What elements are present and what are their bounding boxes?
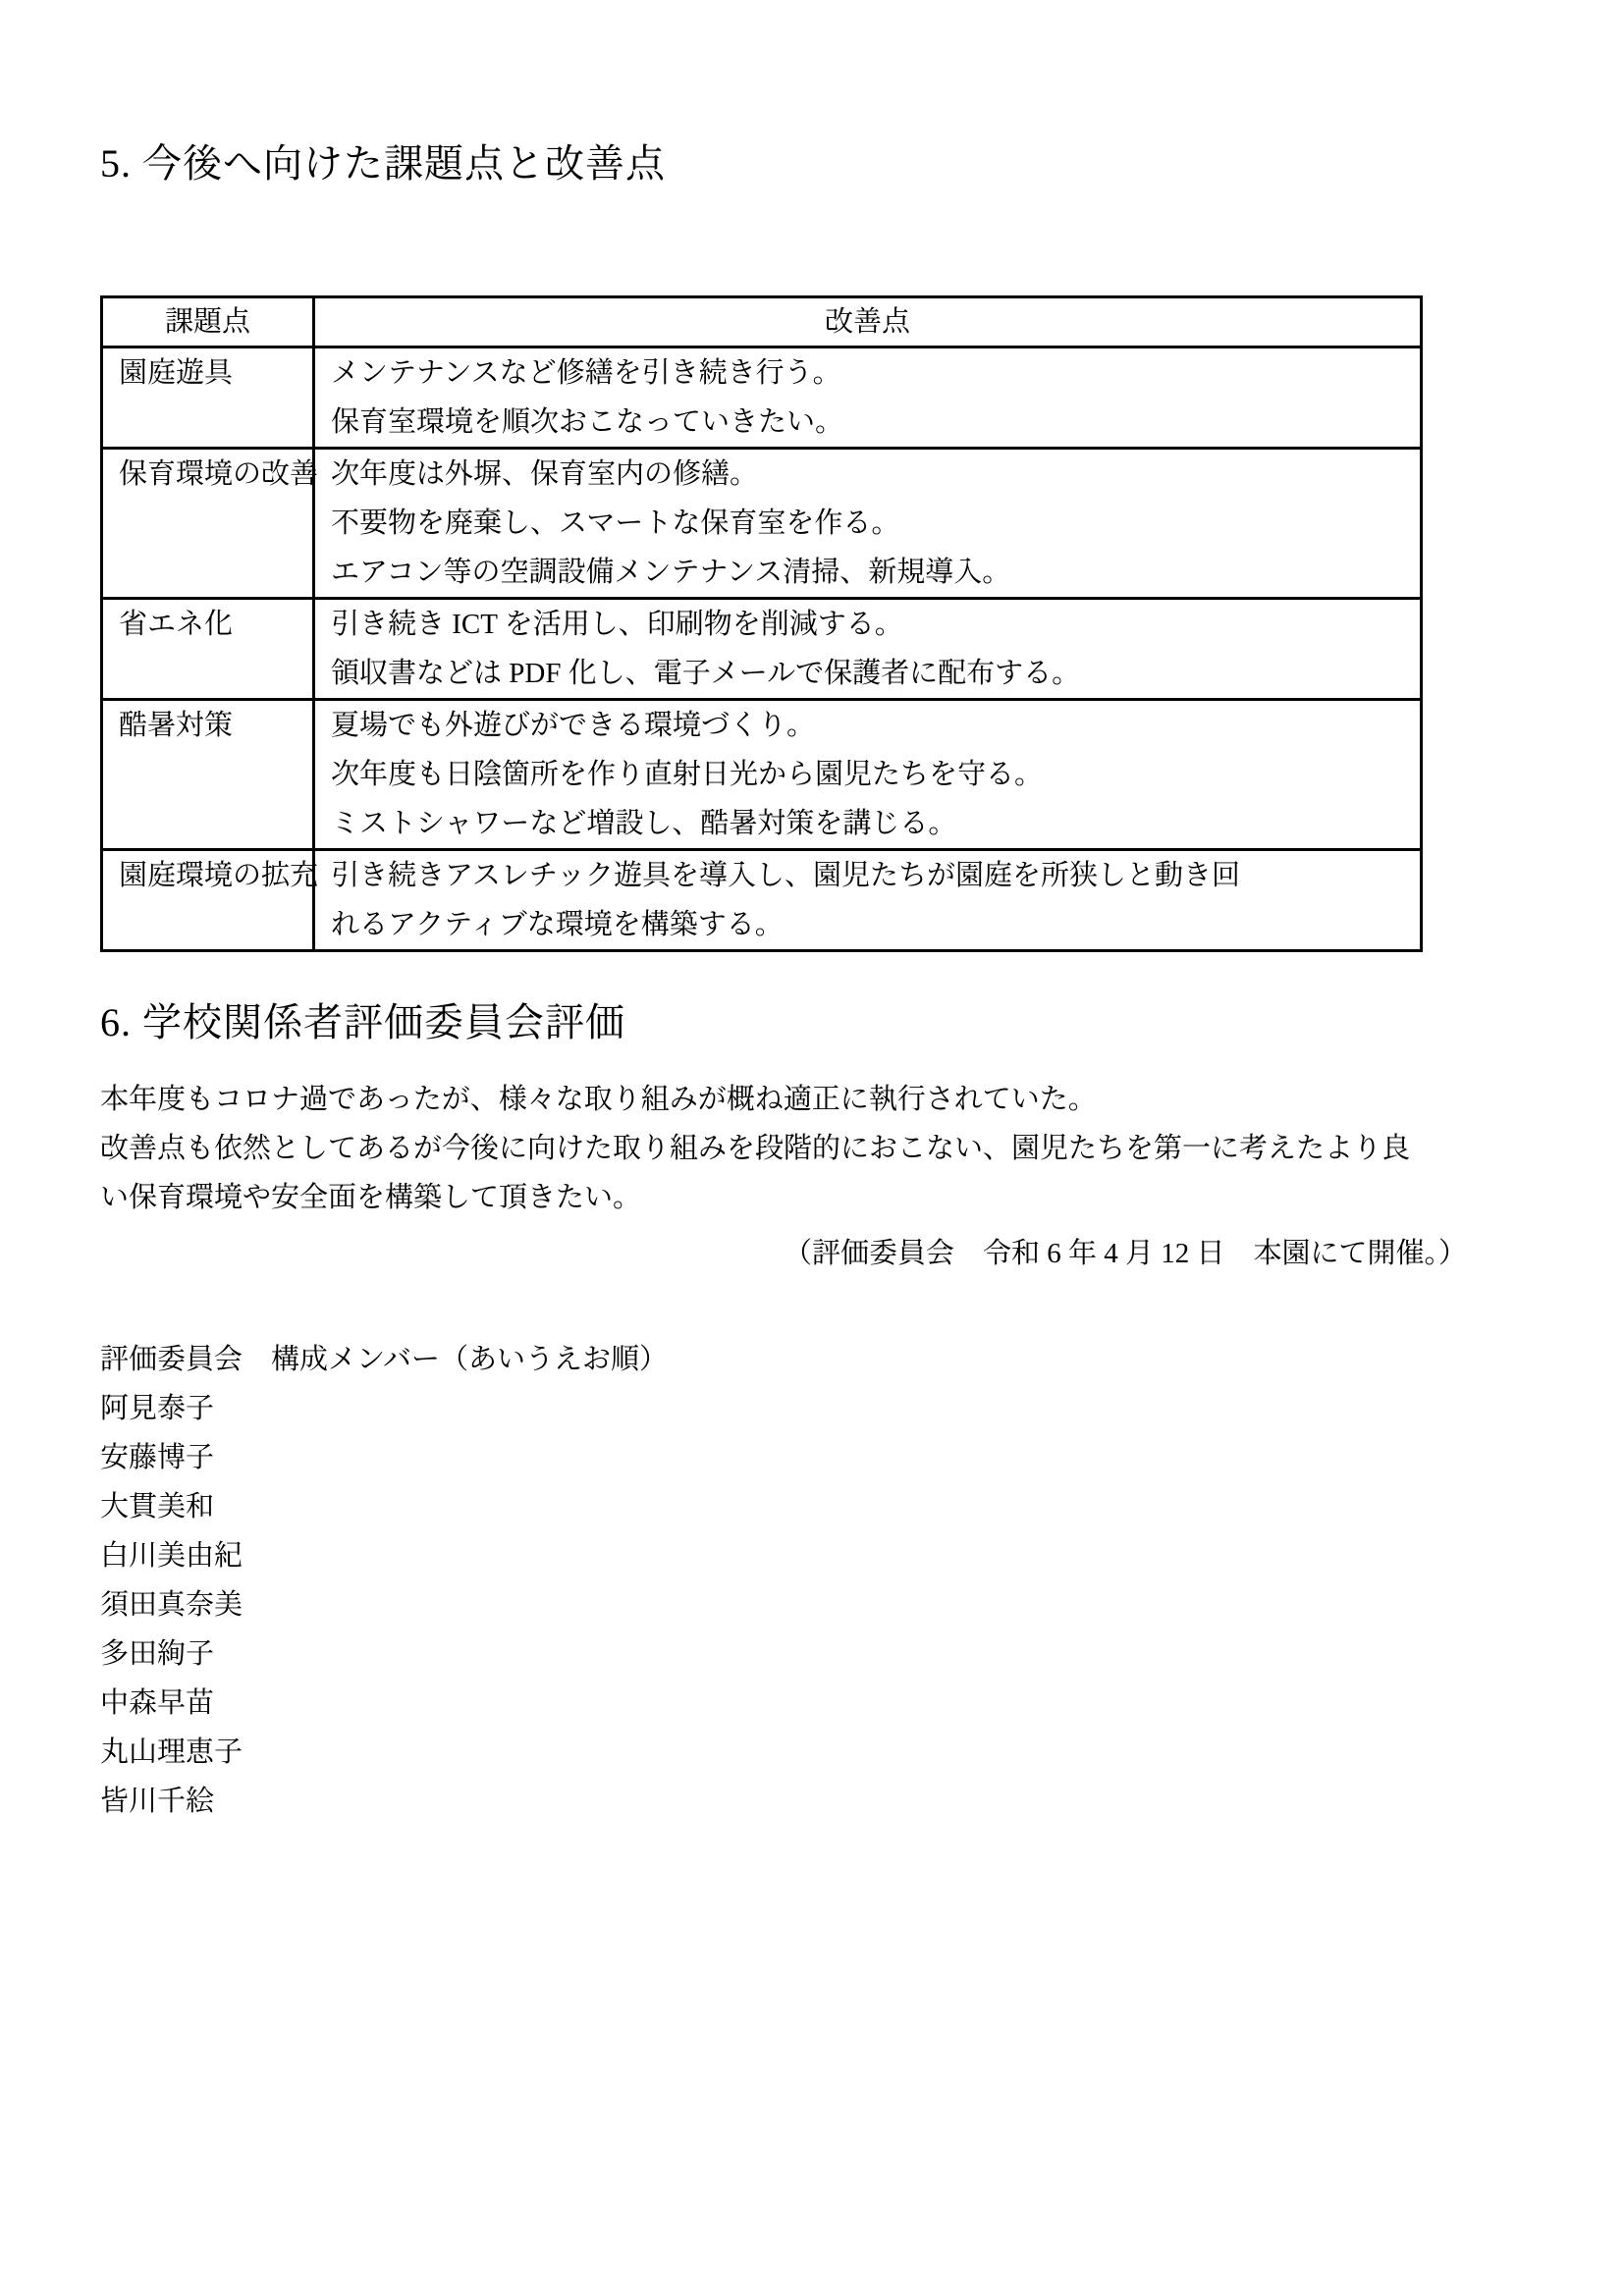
improvement-line: れるアクティブな環境を構築する。 — [331, 900, 1404, 949]
improvement-line: 次年度も日陰箇所を作り直射日光から園児たちを守る。 — [331, 750, 1404, 799]
paragraph-line: 改善点も依然としてあるが今後に向けた取り組みを段階的におこない、園児たちを第一に… — [100, 1124, 1467, 1173]
improvement-line: メンテナンスなど修繕を引き続き行う。 — [331, 348, 1404, 398]
issue-label: 園庭環境の拡充 — [119, 851, 297, 900]
improvement-cell: 夏場でも外遊びができる環境づくり。 次年度も日陰箇所を作り直射日光から園児たちを… — [314, 700, 1422, 850]
issue-cell: 園庭遊具 — [102, 347, 314, 449]
evaluation-paragraph: 本年度もコロナ過であったが、様々な取り組みが概ね適正に執行されていた。 改善点も… — [100, 1075, 1467, 1222]
improvement-line: 保育室環境を順次おこなっていきたい。 — [331, 398, 1404, 447]
table-header-row: 課題点 改善点 — [102, 297, 1422, 347]
issues-improvements-table: 課題点 改善点 園庭遊具 メンテナンスなど修繕を引き続き行う。 保育室環境を順次… — [100, 295, 1423, 952]
issue-cell: 酷暑対策 — [102, 700, 314, 850]
improvement-cell: メンテナンスなど修繕を引き続き行う。 保育室環境を順次おこなっていきたい。 — [314, 347, 1422, 449]
issue-cell: 保育環境の改善 — [102, 449, 314, 599]
table-row: 省エネ化 引き続き ICT を活用し、印刷物を削減する。 領収書などは PDF … — [102, 599, 1422, 700]
issue-label: 保育環境の改善 — [119, 450, 297, 499]
improvement-cell: 引き続きアスレチック遊具を導入し、園児たちが園庭を所狭しと動き回 れるアクティブ… — [314, 850, 1422, 951]
member-name: 安藤博子 — [100, 1433, 668, 1482]
table-row: 酷暑対策 夏場でも外遊びができる環境づくり。 次年度も日陰箇所を作り直射日光から… — [102, 700, 1422, 850]
member-name: 多田絢子 — [100, 1629, 668, 1679]
section6-heading: 6. 学校関係者評価委員会評価 — [100, 999, 625, 1046]
table-row: 園庭遊具 メンテナンスなど修繕を引き続き行う。 保育室環境を順次おこなっていきた… — [102, 347, 1422, 449]
document-page: 5. 今後へ向けた課題点と改善点 課題点 改善点 園庭遊具 メンテナンスなど修繕… — [0, 0, 1624, 2296]
improvement-line: 不要物を廃棄し、スマートな保育室を作る。 — [331, 499, 1404, 548]
paragraph-line: 本年度もコロナ過であったが、様々な取り組みが概ね適正に執行されていた。 — [100, 1075, 1467, 1124]
improvement-line: 領収書などは PDF 化し、電子メールで保護者に配布する。 — [331, 649, 1404, 698]
table-row: 園庭環境の拡充 引き続きアスレチック遊具を導入し、園児たちが園庭を所狭しと動き回… — [102, 850, 1422, 951]
member-name: 阿見泰子 — [100, 1384, 668, 1433]
improvement-line: 夏場でも外遊びができる環境づくり。 — [331, 701, 1404, 750]
improvement-cell: 次年度は外塀、保育室内の修繕。 不要物を廃棄し、スマートな保育室を作る。 エアコ… — [314, 449, 1422, 599]
table-row: 保育環境の改善 次年度は外塀、保育室内の修繕。 不要物を廃棄し、スマートな保育室… — [102, 449, 1422, 599]
member-name: 皆川千絵 — [100, 1777, 668, 1826]
committee-members-block: 評価委員会 構成メンバー（あいうえお順） 阿見泰子 安藤博子 大貫美和 白川美由… — [100, 1335, 668, 1826]
column-header-issue: 課題点 — [102, 297, 314, 347]
issue-label: 酷暑対策 — [119, 701, 297, 750]
issue-label: 省エネ化 — [119, 600, 297, 649]
issue-label: 園庭遊具 — [119, 348, 297, 398]
improvement-line: 引き続き ICT を活用し、印刷物を削減する。 — [331, 600, 1404, 649]
member-name: 須田真奈美 — [100, 1580, 668, 1629]
improvement-line: ミストシャワーなど増設し、酷暑対策を講じる。 — [331, 799, 1404, 848]
issue-cell: 省エネ化 — [102, 599, 314, 700]
members-list-heading: 評価委員会 構成メンバー（あいうえお順） — [100, 1335, 668, 1384]
paragraph-line: い保育環境や安全面を構築して頂きたい。 — [100, 1173, 1467, 1222]
member-name: 白川美由紀 — [100, 1531, 668, 1580]
member-name: 大貫美和 — [100, 1482, 668, 1531]
section5-heading: 5. 今後へ向けた課題点と改善点 — [100, 140, 666, 187]
meeting-date-note: （評価委員会 令和 6 年 4 月 12 日 本園にて開催。） — [100, 1229, 1467, 1278]
improvement-cell: 引き続き ICT を活用し、印刷物を削減する。 領収書などは PDF 化し、電子… — [314, 599, 1422, 700]
column-header-improvement: 改善点 — [314, 297, 1422, 347]
improvement-line: 次年度は外塀、保育室内の修繕。 — [331, 450, 1404, 499]
issue-cell: 園庭環境の拡充 — [102, 850, 314, 951]
improvement-line: エアコン等の空調設備メンテナンス清掃、新規導入。 — [331, 548, 1404, 597]
improvement-line: 引き続きアスレチック遊具を導入し、園児たちが園庭を所狭しと動き回 — [331, 851, 1404, 900]
member-name: 丸山理恵子 — [100, 1728, 668, 1777]
member-name: 中森早苗 — [100, 1679, 668, 1728]
